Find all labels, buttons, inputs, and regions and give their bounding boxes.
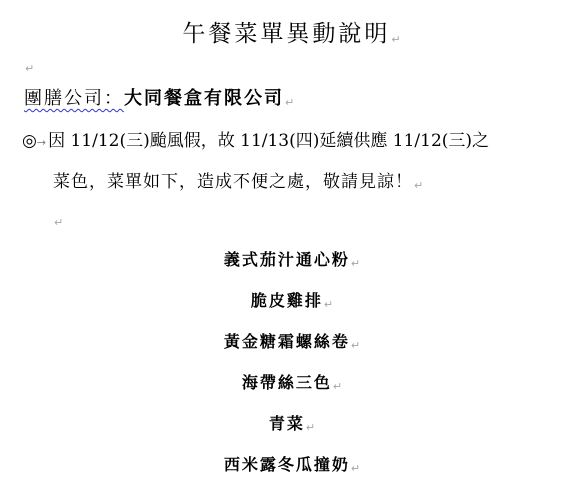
title-text: 午餐菜單異動說明 — [182, 21, 390, 47]
paragraph-mark-icon: ↵ — [414, 179, 424, 192]
empty-paragraph: ↵ — [24, 55, 34, 75]
paragraph-mark-icon: ↵ — [333, 380, 344, 393]
paragraph-mark-icon: ↵ — [351, 462, 362, 475]
paragraph-mark-icon: ↵ — [54, 216, 63, 229]
menu-item: 脆皮雞排↵ — [0, 288, 586, 311]
company-line: 團膳公司：大同餐盒有限公司↵ — [24, 84, 294, 110]
menu-item: 青菜↵ — [0, 411, 586, 434]
menu-item: 西米露冬瓜撞奶↵ — [0, 452, 586, 475]
notice-text-2: 菜色，菜單如下，造成不便之處，敬請見諒！ — [53, 172, 413, 192]
notice-text-1: 因 11/12(三)颱風假，故 11/13(四)延續供應 11/12(三)之 — [48, 131, 489, 151]
menu-item: 黃金糖霜螺絲卷↵ — [0, 329, 586, 352]
tab-mark-icon: → — [37, 136, 46, 149]
paragraph-mark-icon: ↵ — [324, 298, 335, 311]
menu-item-text: 西米露冬瓜撞奶 — [224, 455, 350, 474]
empty-paragraph: ↵ — [53, 209, 63, 229]
menu-item: 義式茄汁通心粉↵ — [0, 247, 586, 270]
menu-item: 海帶絲三色↵ — [0, 370, 586, 393]
company-label: 團膳公司： — [24, 88, 124, 109]
paragraph-mark-icon: ↵ — [351, 257, 362, 270]
menu-item-text: 義式茄汁通心粉 — [224, 250, 350, 269]
paragraph-mark-icon: ↵ — [391, 33, 403, 46]
notice-line-2: 菜色，菜單如下，造成不便之處，敬請見諒！↵ — [53, 167, 424, 192]
paragraph-mark-icon: ↵ — [306, 421, 317, 434]
paragraph-mark-icon: ↵ — [25, 62, 34, 75]
menu-item-text: 海帶絲三色 — [242, 373, 332, 392]
menu-item-text: 黃金糖霜螺絲卷 — [224, 332, 350, 351]
bullet-icon: ◎ — [22, 131, 37, 151]
document-title: 午餐菜單異動說明↵ — [0, 15, 586, 48]
paragraph-mark-icon: ↵ — [285, 96, 294, 109]
menu-item-text: 脆皮雞排 — [251, 291, 323, 310]
company-name: 大同餐盒有限公司 — [124, 88, 284, 109]
notice-line-1: ◎→因 11/12(三)颱風假，故 11/13(四)延續供應 11/12(三)之 — [22, 126, 489, 151]
menu-item-text: 青菜 — [269, 414, 305, 433]
paragraph-mark-icon: ↵ — [351, 339, 362, 352]
